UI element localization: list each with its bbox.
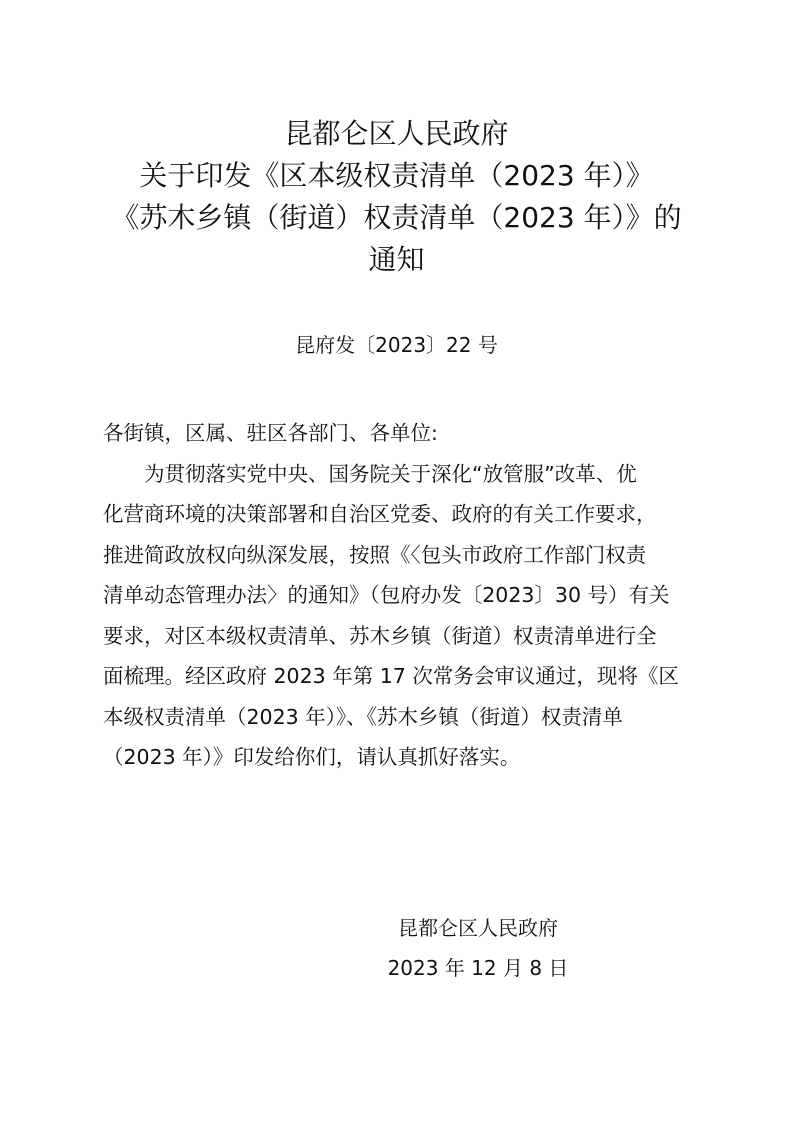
body-line: 面梳理。经区政府 2023 年第 17 次常务会审议通过，现将《区 (103, 656, 693, 697)
issue-date: 2023 年 12 月 8 日 (378, 948, 578, 988)
body-line: 为贯彻落实党中央、国务院关于深化“放管服”改革、优 (103, 454, 693, 495)
body-line: 化营商环境的决策部署和自治区党委、政府的有关工作要求， (103, 494, 693, 535)
document-title: 昆都仑区人民政府 关于印发《区本级权责清单（2023 年）》 《苏木乡镇（街道）… (0, 113, 793, 281)
title-line: 关于印发《区本级权责清单（2023 年）》 (0, 155, 793, 197)
title-line: 昆都仑区人民政府 (0, 113, 793, 155)
body-line: 推进简政放权向纵深发展，按照《〈包头市政府工作部门权责 (103, 535, 693, 576)
title-line: 通知 (0, 239, 793, 281)
signature-block: 昆都仑区人民政府 2023 年 12 月 8 日 (378, 908, 578, 988)
body-line: （2023 年）》印发给你们，请认真抓好落实。 (103, 737, 693, 778)
salutation: 各街镇，区属、驻区各部门、各单位: (103, 413, 693, 454)
body-line: 要求，对区本级权责清单、苏木乡镇（街道）权责清单进行全 (103, 616, 693, 657)
document-number: 昆府发〔2023〕22 号 (0, 330, 793, 360)
document-page: 昆都仑区人民政府 关于印发《区本级权责清单（2023 年）》 《苏木乡镇（街道）… (0, 0, 793, 1122)
title-line: 《苏木乡镇（街道）权责清单（2023 年）》的 (0, 197, 793, 239)
body-line: 本级权责清单（2023 年）》、《苏木乡镇（街道）权责清单 (103, 697, 693, 738)
issuer-name: 昆都仑区人民政府 (378, 908, 578, 948)
document-body: 各街镇，区属、驻区各部门、各单位: 为贯彻落实党中央、国务院关于深化“放管服”改… (103, 413, 693, 778)
body-line: 清单动态管理办法〉的通知》（包府办发〔2023〕30 号）有关 (103, 575, 693, 616)
